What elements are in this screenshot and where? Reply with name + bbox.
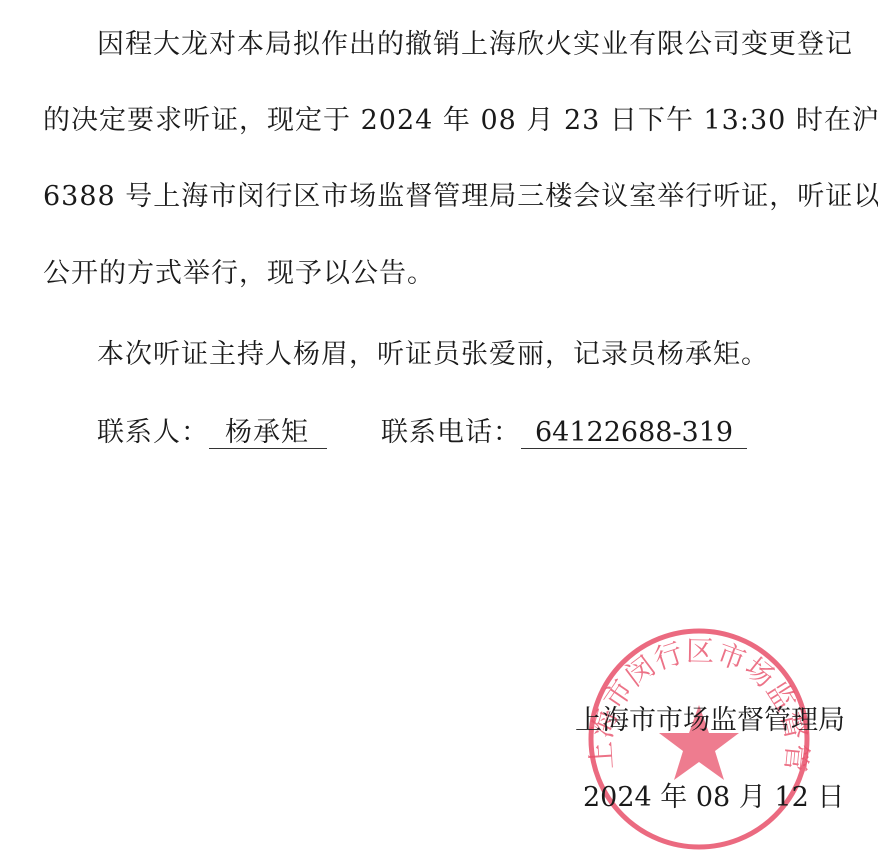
paragraph1-line4: 公开的方式举行，现予以公告。 bbox=[43, 257, 435, 291]
paragraph1-line2: 的决定要求听证，现定于 2024 年 08 月 23 日下午 13:30 时在沪… bbox=[43, 104, 878, 138]
contact-phone-value: 64122688-319 bbox=[521, 418, 747, 449]
contact-person-label: 联系人： bbox=[97, 417, 209, 448]
issuer-name: 上海市市场监督管理局 bbox=[575, 704, 845, 738]
contact-person-value: 杨承矩 bbox=[209, 418, 327, 449]
contact-line: 联系人：杨承矩联系电话：64122688-319 bbox=[97, 416, 747, 450]
contact-phone-label: 联系电话： bbox=[381, 417, 521, 448]
paragraph2-hearing-staff: 本次听证主持人杨眉，听证员张爱丽，记录员杨承矩。 bbox=[97, 338, 769, 372]
paragraph1-line1: 因程大龙对本局拟作出的撤销上海欣火实业有限公司变更登记 bbox=[97, 28, 853, 62]
issue-date: 2024 年 08 月 12 日 bbox=[583, 781, 844, 815]
paragraph1-line3: 6388 号上海市闵行区市场监督管理局三楼会议室举行听证，听证以 bbox=[43, 180, 878, 214]
official-seal-stamp: 上海市闵行区市场监督管理局 bbox=[585, 625, 813, 853]
